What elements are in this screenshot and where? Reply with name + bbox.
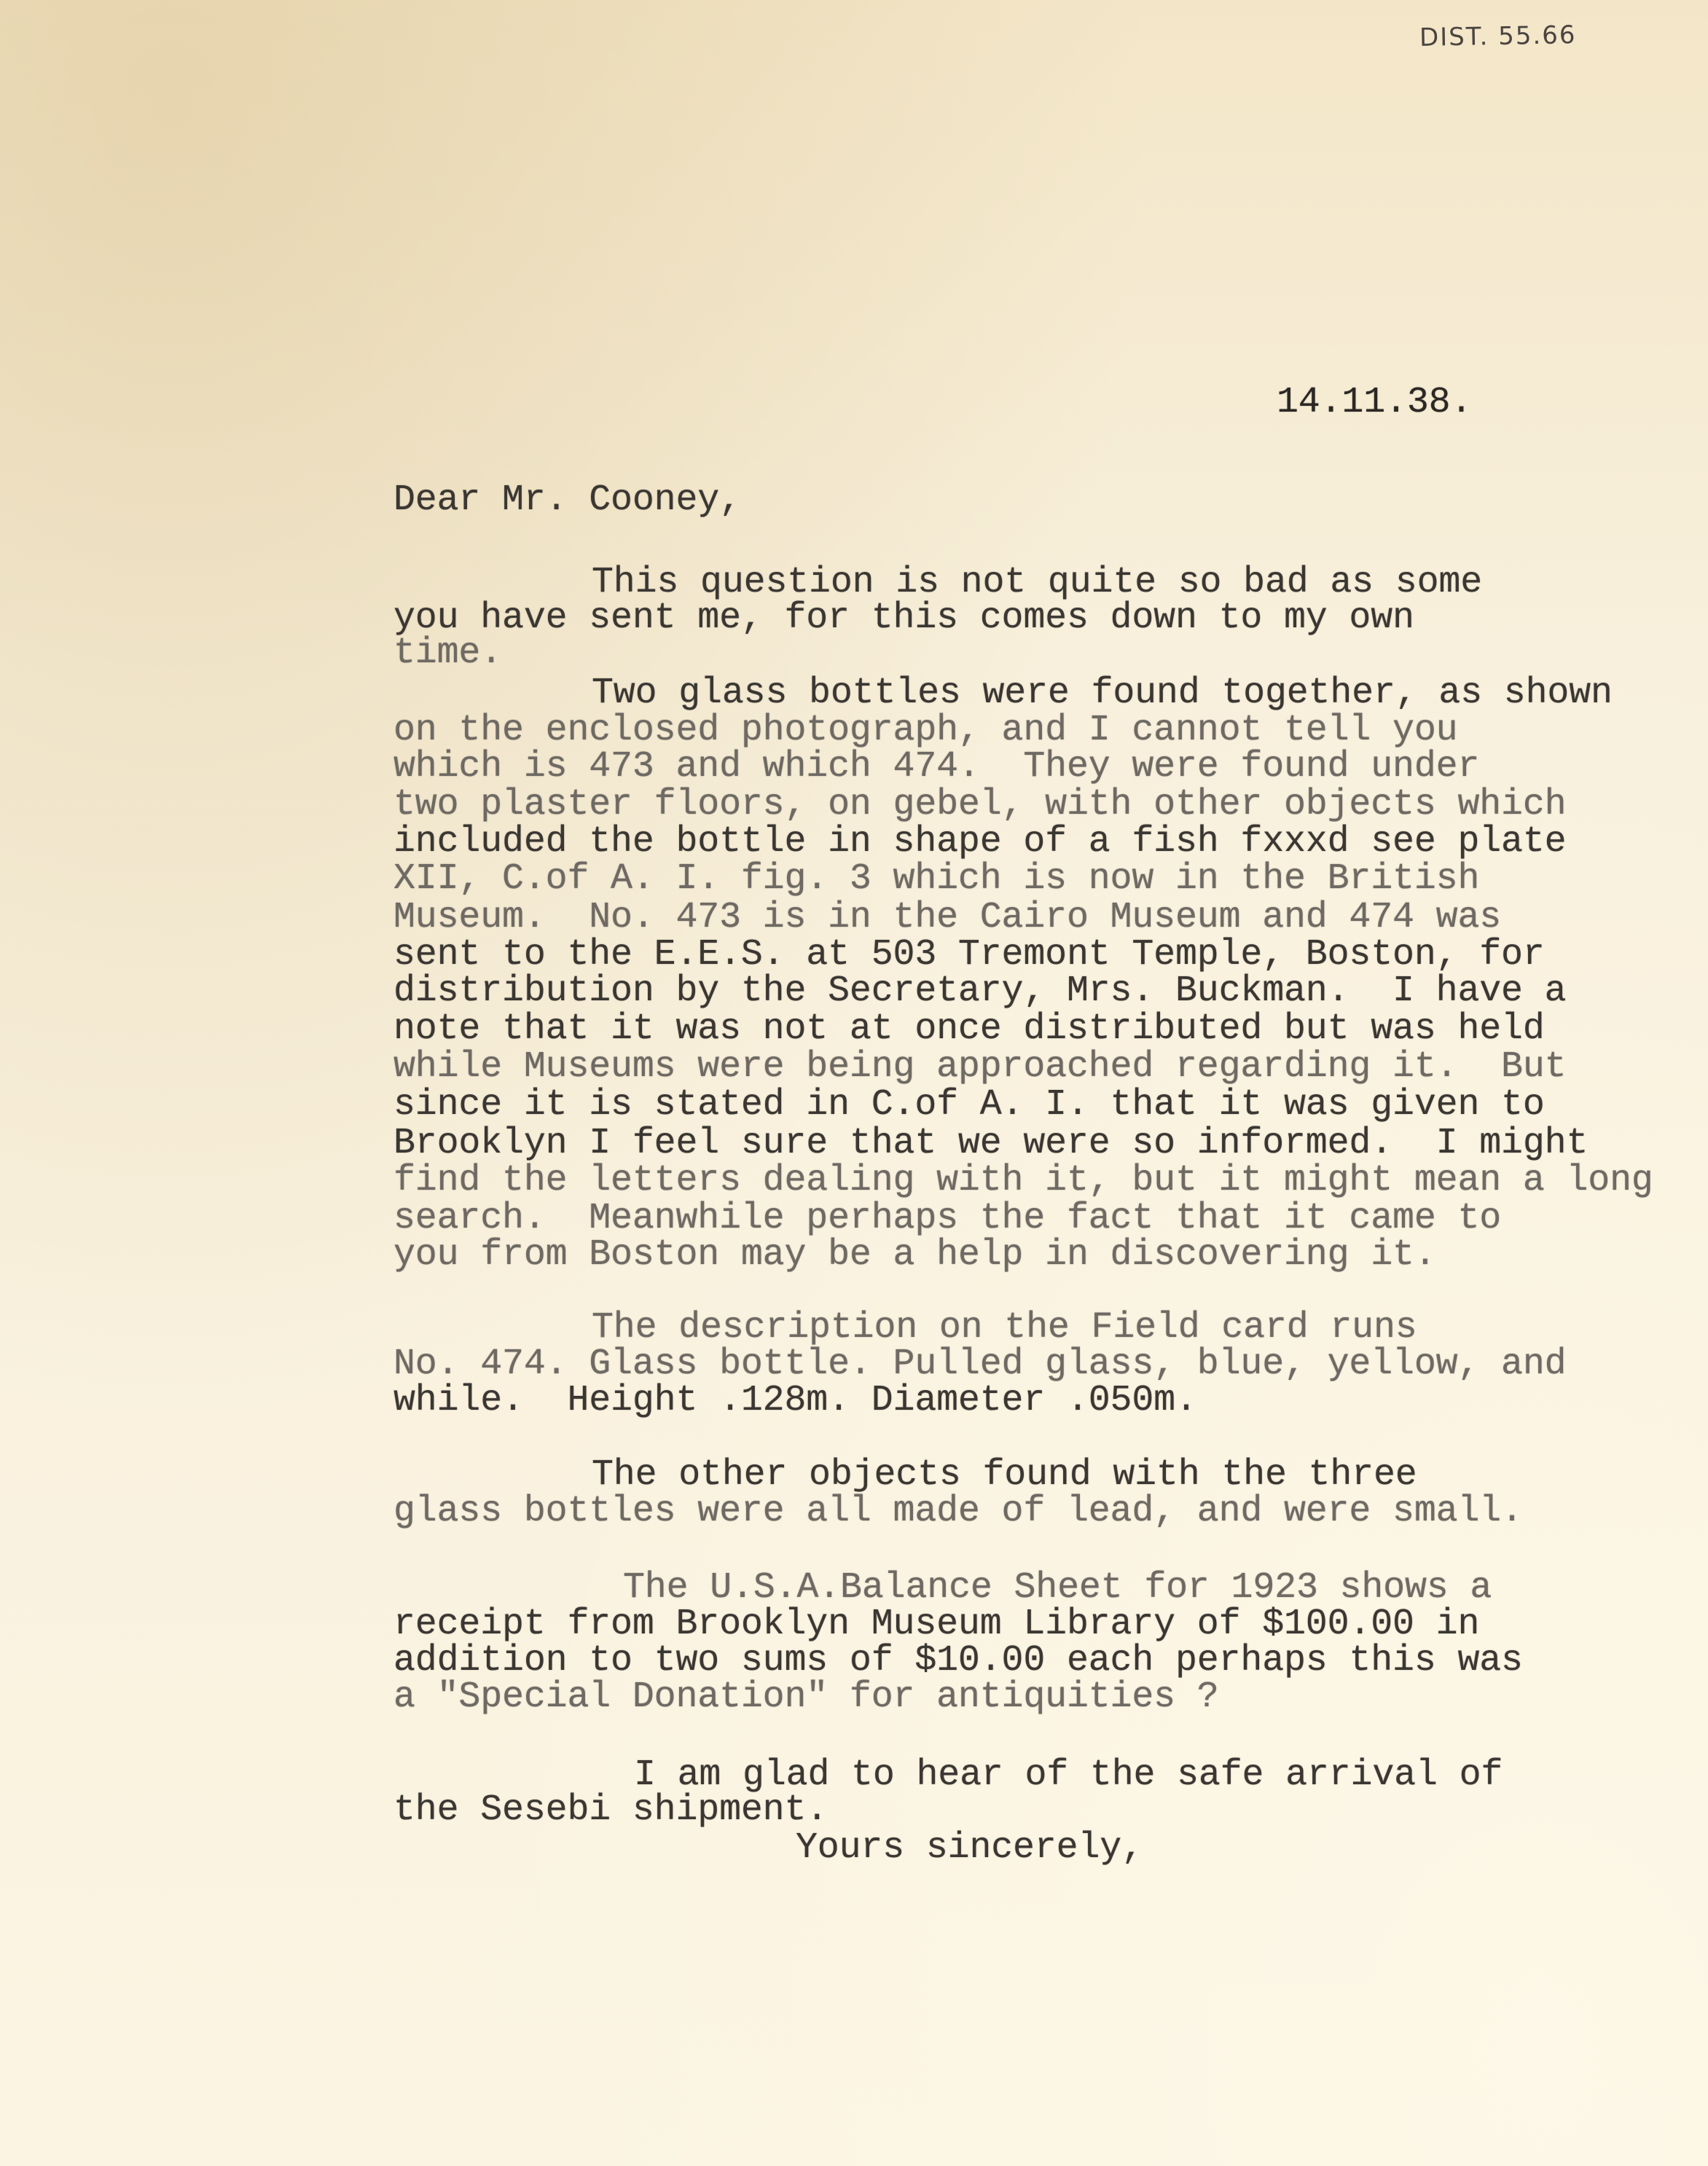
- text-line: the Sesebi shipment.: [393, 1792, 828, 1829]
- text-line: The other objects found with the three: [592, 1457, 1417, 1494]
- text-line: The U.S.A.Balance Sheet for 1923 shows a: [623, 1570, 1492, 1606]
- text-line: included the bottle in shape of a fish f…: [393, 824, 1566, 860]
- text-line: note that it was not at once distributed…: [393, 1011, 1545, 1048]
- text-line: distribution by the Secretary, Mrs. Buck…: [393, 973, 1566, 1010]
- text-line: time.: [393, 635, 502, 672]
- text-line: Two glass bottles were found together, a…: [592, 675, 1613, 712]
- closing: Yours sincerely,: [796, 1830, 1143, 1867]
- text-line: addition to two sums of $10.00 each perh…: [393, 1643, 1523, 1679]
- text-line: since it is stated in C.of A. I. that it…: [393, 1087, 1545, 1123]
- text-line: I am glad to hear of the safe arrival of: [634, 1757, 1503, 1794]
- text-line: a "Special Donation" for antiquities ?: [393, 1679, 1219, 1716]
- text-line: you have sent me, for this comes down to…: [393, 600, 1414, 637]
- text-line: while Museums were being approached rega…: [393, 1049, 1566, 1086]
- text-line: No. 474. Glass bottle. Pulled glass, blu…: [393, 1346, 1566, 1383]
- salutation: Dear Mr. Cooney,: [393, 482, 741, 519]
- text-line: glass bottles were all made of lead, and…: [393, 1494, 1523, 1530]
- text-line: two plaster floors, on gebel, with other…: [393, 787, 1566, 823]
- text-line: which is 473 and which 474. They were fo…: [393, 749, 1479, 785]
- text-line: Museum. No. 473 is in the Cairo Museum a…: [393, 900, 1501, 936]
- letter-date: 14.11.38.: [1277, 385, 1472, 421]
- text-line: search. Meanwhile perhaps the fact that …: [393, 1201, 1501, 1237]
- text-line: XII, C.of A. I. fig. 3 which is now in t…: [393, 861, 1479, 898]
- text-line: receipt from Brooklyn Museum Library of …: [393, 1606, 1479, 1643]
- text-line: This question is not quite so bad as som…: [592, 565, 1482, 601]
- handwritten-archive-note: DIST. 55.66: [1419, 20, 1577, 52]
- text-line: find the letters dealing with it, but it…: [393, 1163, 1653, 1199]
- text-line: while. Height .128m. Diameter .050m.: [393, 1383, 1197, 1419]
- text-line: on the enclosed photograph, and I cannot…: [393, 713, 1457, 749]
- text-line: The description on the Field card runs: [592, 1310, 1417, 1346]
- text-line: sent to the E.E.S. at 503 Tremont Temple…: [393, 937, 1545, 973]
- text-line: you from Boston may be a help in discove…: [393, 1237, 1436, 1274]
- text-line: Brooklyn I feel sure that we were so inf…: [393, 1126, 1588, 1162]
